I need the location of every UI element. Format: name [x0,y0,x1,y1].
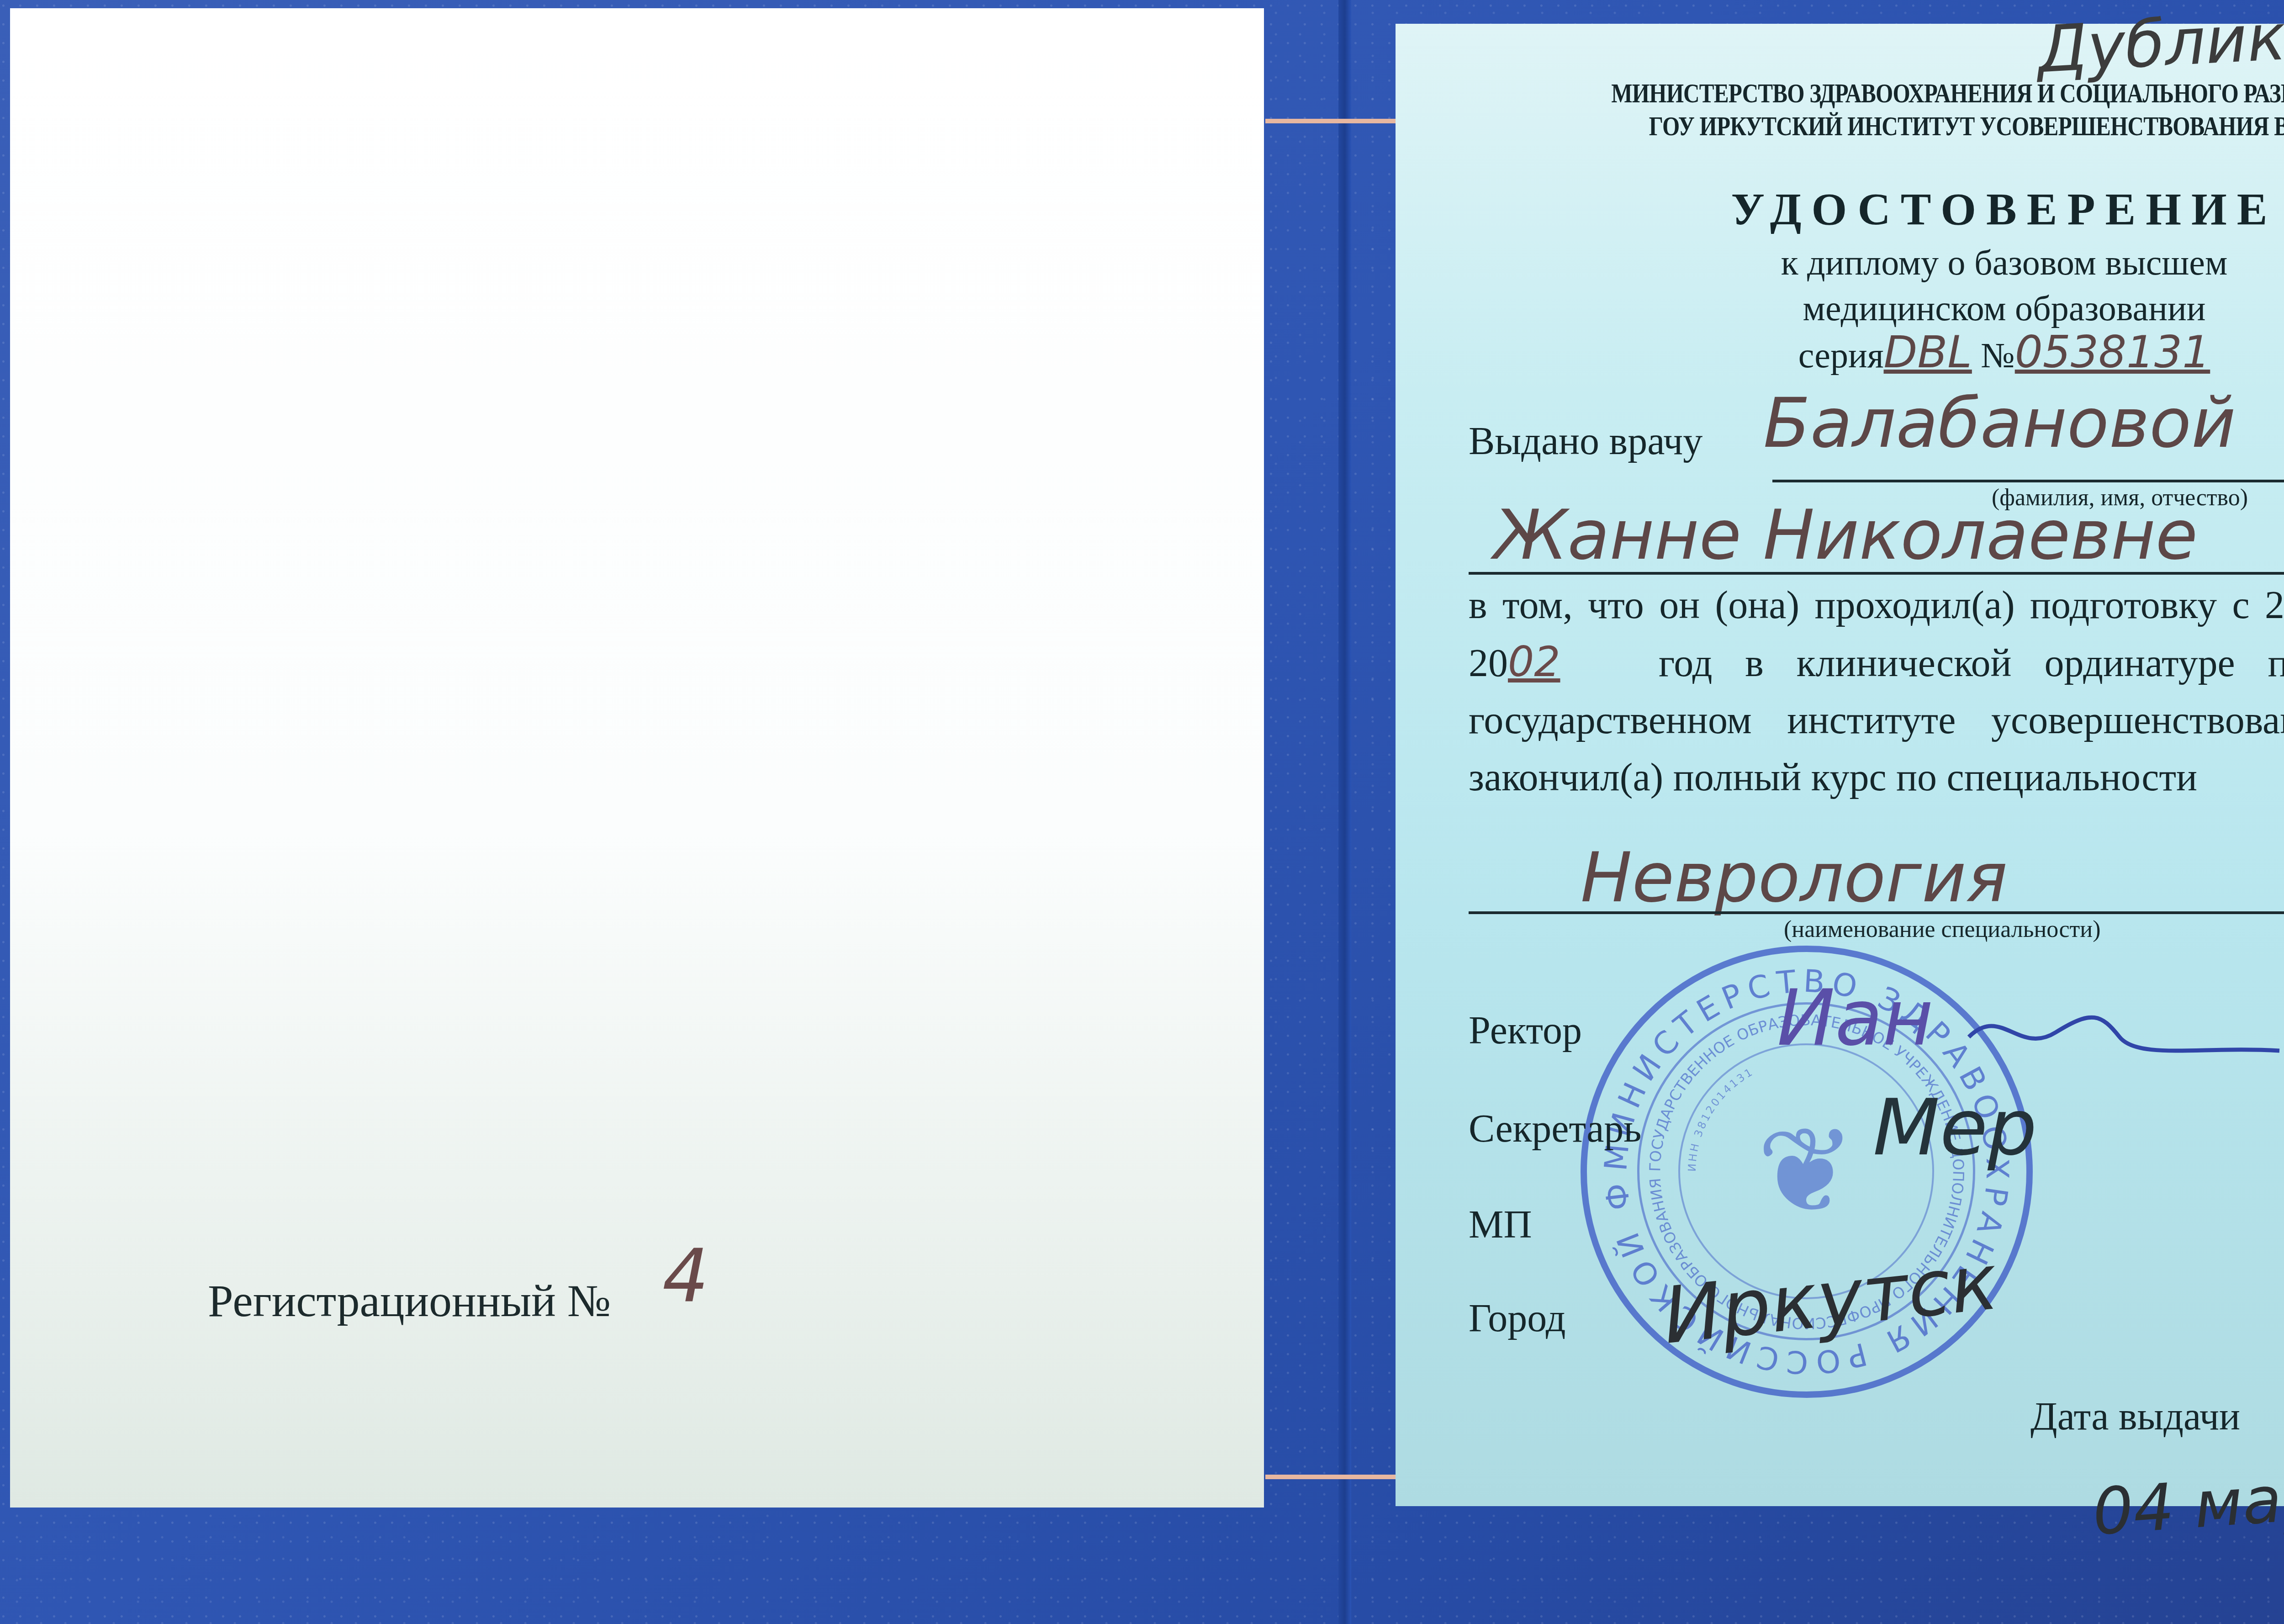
surname-underline [1772,480,2284,482]
registration-number: 4 [662,1233,709,1319]
surname-value: Балабановой [1763,384,2236,463]
city-label: Город [1469,1295,1565,1341]
rector-signature-stroke [1964,996,2284,1060]
year-to: 02 [1508,638,1560,686]
specialty-underline [1469,911,2284,914]
secretary-signature: Мер [1873,1083,2037,1173]
number-label: № [1981,335,2014,375]
number-value: 0538131 [2015,327,2210,378]
series-label: серия [1798,335,1884,375]
left-page [10,8,1264,1508]
cover-spine [1338,0,1351,1624]
given-names-value: Жанне Николаевне [1494,496,2198,575]
secretary-label: Секретарь [1469,1106,1642,1151]
rector-label: Ректор [1469,1007,1582,1053]
rector-signature: Иан [1777,973,1934,1063]
ministry-line-1: МИНИСТЕРСТВО ЗДРАВООХРАНЕНИЯ И СОЦИАЛЬНО… [1518,77,2284,110]
series-value: DBL [1884,327,1972,378]
coat-of-arms-eagle-icon: ❦ [1756,1102,1856,1240]
ministry-line-2: ГОУ ИРКУТСКИЙ ИНСТИТУТ УСОВЕРШЕНСТВОВАНИ… [1518,110,2284,143]
body-part-1: в том, что он (она) проходил(а) подготов… [1469,583,2250,627]
certificate-body: в том, что он (она) проходил(а) подготов… [1469,576,2284,806]
document-title: УДОСТОВЕРЕНИЕ [1412,183,2284,235]
year-from-prefix: 20 [2265,583,2284,627]
specialty-hint: (наименование специальности) [1784,916,2100,943]
subtitle-line-2: медицинском образовании [1412,286,2284,331]
year-to-prefix: 20 [1469,641,1508,685]
issue-date-label: Дата выдачи [2030,1393,2240,1439]
serial-line: серияDBL №0538131 [1412,327,2284,378]
subtitle-line-1: к диплому о базовом высшем [1412,240,2284,286]
registration-label: Регистрационный № [208,1275,611,1327]
ministry-header: МИНИСТЕРСТВО ЗДРАВООХРАНЕНИЯ И СОЦИАЛЬНО… [1518,77,2284,143]
issued-label: Выдано врачу [1469,418,1702,464]
given-names-underline [1469,572,2284,575]
body-part-3: год в клинической ординатуре при Иркутск… [1469,641,2284,799]
seal-label: МП [1469,1201,1532,1247]
specialty-value: Неврология [1581,838,2008,918]
duplicate-mark: Дубликат [2036,0,2284,87]
document-subtitle: к диплому о базовом высшем медицинском о… [1412,240,2284,331]
